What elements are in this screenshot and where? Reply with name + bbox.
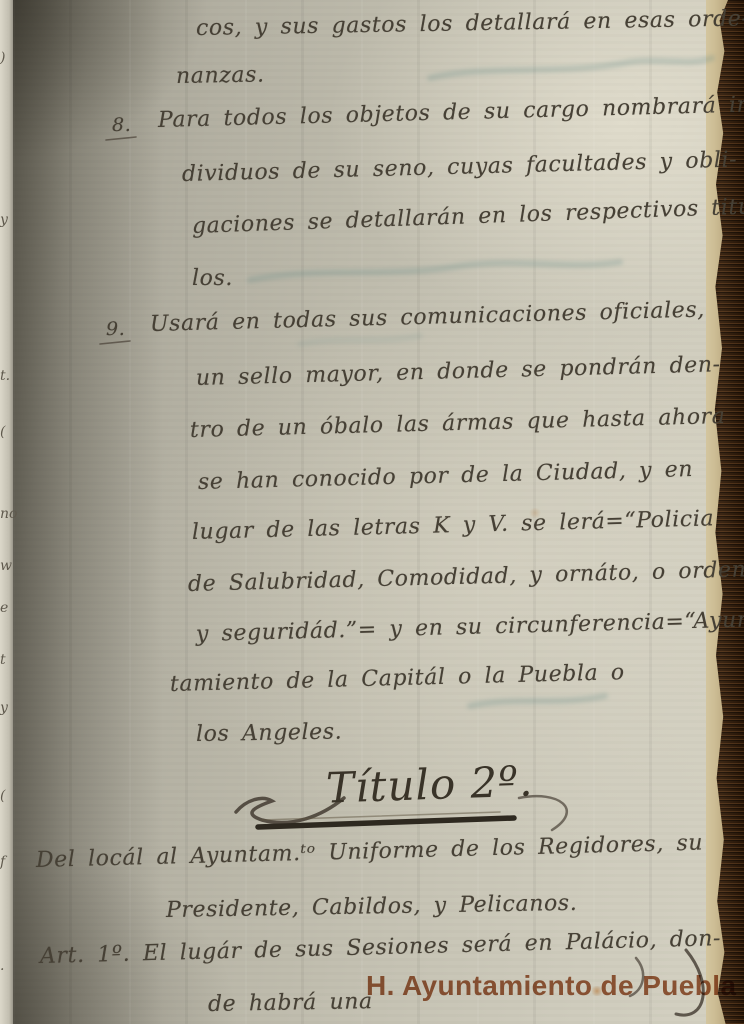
manuscript-text-layer: cos, y sus gastos los detallará en esas … <box>0 0 744 1024</box>
manuscript-line: de habrá una <box>208 989 373 1017</box>
margin-fragment: . <box>0 958 4 974</box>
margin-fragment: ) <box>0 50 5 66</box>
manuscript-line: dividuos de su seno, cuyas facultades y … <box>182 147 738 187</box>
manuscript-line: lugar de las letras K y V. se lerá=“Poli… <box>192 506 715 545</box>
margin-fragment: w <box>0 558 12 574</box>
manuscript-line: los Angeles. <box>196 719 343 747</box>
margin-fragment: t <box>0 652 6 668</box>
manuscript-line: y seguridád.”= y en su circunferencia=“A… <box>196 607 744 647</box>
manuscript-line: Art. 1º. El lugár de sus Sesiones será e… <box>40 926 722 969</box>
manuscript-line: los. <box>192 266 233 291</box>
manuscript-line: tro de un óbalo las ármas que hasta ahor… <box>190 404 726 443</box>
margin-fragment: ( <box>0 788 5 804</box>
manuscript-line: gaciones se detallarán en los respectivo… <box>192 194 744 239</box>
manuscript-line: nanzas. <box>176 62 265 89</box>
margin-fragment: y <box>0 212 8 228</box>
margin-fragment: t. <box>0 368 10 384</box>
section-title: Título 2º. <box>325 756 534 812</box>
margin-fragment: y <box>0 700 8 716</box>
margin-fragment: ( <box>0 424 5 440</box>
manuscript-line: se han conocido por de la Ciudad, y en <box>198 457 694 495</box>
paragraph-number: 9. <box>106 318 125 340</box>
margin-fragment: e <box>0 600 8 616</box>
manuscript-line: Del locál al Ayuntam.ᵗᵒ Uniforme de los … <box>36 831 704 873</box>
manuscript-line: Presidente, Cabildos, y Pelicanos. <box>166 891 578 923</box>
manuscript-line: tamiento de la Capitál o la Puebla o <box>170 660 625 697</box>
margin-fragment: f <box>0 854 5 870</box>
manuscript-line: Usará en todas sus comunicaciones oficia… <box>150 297 705 337</box>
manuscript-line: de Salubridad, Comodidad, y ornáto, o or… <box>188 557 744 597</box>
paragraph-number: 8. <box>112 114 131 136</box>
manuscript-line: cos, y sus gastos los detallará en esas … <box>196 6 744 41</box>
manuscript-line: Para todos los objetos de su cargo nombr… <box>158 92 744 133</box>
manuscript-page-scan: cos, y sus gastos los detallará en esas … <box>0 0 744 1024</box>
archive-watermark: H. Ayuntamiento de Puebla <box>366 970 736 1002</box>
manuscript-line: un sello mayor, en donde se pondrán den- <box>196 352 721 391</box>
margin-fragment: no <box>0 506 17 522</box>
